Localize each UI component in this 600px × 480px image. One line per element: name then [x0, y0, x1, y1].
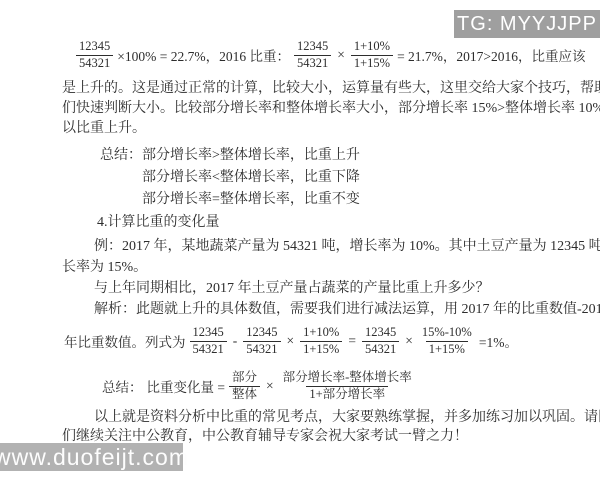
closing-paragraph: 以上就是资料分析中比重的常见考点，大家要熟练掌握，并多加练习加以巩固。请同学 们… — [62, 408, 548, 446]
fraction-numerator: 15%-10% — [419, 325, 475, 341]
fraction-numerator: 1+10% — [300, 325, 342, 341]
fraction-numerator: 12345 — [294, 39, 331, 55]
formula-line-2016-ratio: 12345 54321 ×100% = 22.7%，2016 比重： 12345… — [74, 32, 548, 78]
analysis-paragraph: 解析：此题就上升的具体数值，需要我们进行减法运算，用 2017 年的比重数值-2… — [62, 299, 548, 320]
fraction-numerator: 12345 — [362, 325, 399, 341]
equals-operator: = — [348, 333, 356, 349]
fraction-denominator: 54321 — [190, 341, 227, 358]
summary-rule-line: 部分增长率<整体增长率，比重下降 — [100, 167, 548, 189]
fraction: 1+10% 1+15% — [300, 325, 342, 357]
fraction: 12345 54321 — [294, 39, 331, 71]
multiply-operator: × — [266, 378, 274, 394]
formula-text: = 21.7%，2017>2016，比重应该 — [397, 45, 585, 65]
summary-rule-line: 部分增长率=整体增长率，比重不变 — [100, 189, 548, 211]
paragraph-line: 与上年同期相比，2017 年土豆产量占蔬菜的产量比重上升多少？ — [62, 278, 548, 299]
section-heading: 4.计算比重的变化量 — [97, 213, 548, 233]
fraction: 12345 54321 — [362, 325, 399, 357]
summary-rule-line: 总结：部分增长率>整体增长率，比重上升 — [100, 145, 548, 167]
formula-text: 年比重数值。列式为 — [64, 331, 186, 351]
paragraph-line: 长率为 15%。 — [62, 257, 548, 278]
telegram-watermark: TG: MYYJJPP — [454, 10, 600, 38]
fraction: 1+10% 1+15% — [351, 39, 393, 71]
multiply-operator: × — [337, 47, 345, 63]
summary-label: 总结： — [100, 148, 142, 163]
summary-label: 总结： — [102, 376, 143, 396]
site-watermark: www.duofeijt.com — [0, 443, 183, 471]
fraction-numerator: 部分 — [229, 370, 260, 386]
paragraph-line: 们快速判断大小。比较部分增长率和整体增长率大小，部分增长率 15%>整体增长率 … — [62, 99, 548, 119]
minus-operator: - — [233, 333, 238, 349]
fraction-denominator: 54321 — [76, 55, 113, 72]
fraction: 15%-10% 1+15% — [419, 325, 475, 357]
fraction: 部分 整体 — [229, 370, 260, 402]
formula-text: ×100% = 22.7%，2016 比重： — [117, 45, 290, 65]
fraction-denominator: 1+15% — [300, 341, 342, 358]
paragraph-line: 以比重上升。 — [62, 119, 548, 139]
document-content: 12345 54321 ×100% = 22.7%，2016 比重： 12345… — [0, 0, 600, 446]
summary-formula: 总结： 比重变化量 = 部分 整体 × 部分增长率-整体增长率 1+部分增长率 — [100, 364, 548, 408]
fraction: 部分增长率-整体增长率 1+部分增长率 — [280, 370, 415, 402]
fraction: 12345 54321 — [190, 325, 227, 357]
multiply-operator: × — [405, 333, 413, 349]
formula-text: 比重变化量 = — [147, 376, 226, 396]
formula-line-calculation: 年比重数值。列式为 12345 54321 - 12345 54321 × 1+… — [62, 320, 548, 362]
paragraph-line: 例：2017 年，某地蔬菜产量为 54321 吨，增长率为 10%。其中土豆产量… — [62, 236, 548, 257]
fraction-denominator: 54321 — [243, 341, 280, 358]
summary-rules-block: 总结：部分增长率>整体增长率，比重上升 部分增长率<整体增长率，比重下降 部分增… — [100, 145, 548, 211]
fraction-numerator: 12345 — [76, 39, 113, 55]
fraction-numerator: 1+10% — [351, 39, 393, 55]
paragraph-line: 解析：此题就上升的具体数值，需要我们进行减法运算，用 2017 年的比重数值-2… — [62, 299, 548, 320]
example-paragraph: 例：2017 年，某地蔬菜产量为 54321 吨，增长率为 10%。其中土豆产量… — [62, 236, 548, 278]
paragraph-line: 以上就是资料分析中比重的常见考点，大家要熟练掌握，并多加练习加以巩固。请同学 — [62, 408, 548, 427]
fraction-denominator: 1+15% — [351, 55, 393, 72]
formula-result: =1%。 — [479, 331, 518, 351]
fraction-denominator: 54321 — [362, 341, 399, 358]
fraction-denominator: 1+部分增长率 — [306, 386, 388, 403]
fraction: 12345 54321 — [243, 325, 280, 357]
site-watermark-text: www.duofeijt.com — [0, 444, 189, 471]
fraction-denominator: 整体 — [229, 386, 260, 403]
fraction: 12345 54321 — [76, 39, 113, 71]
fraction-numerator: 12345 — [190, 325, 227, 341]
fraction-denominator: 1+15% — [426, 341, 468, 358]
fraction-numerator: 部分增长率-整体增长率 — [280, 370, 415, 386]
fraction-denominator: 54321 — [294, 55, 331, 72]
document-page: { "page": { "background": "#ffffff", "te… — [0, 0, 600, 480]
telegram-watermark-text: TG: MYYJJPP — [457, 13, 597, 36]
fraction-numerator: 12345 — [243, 325, 280, 341]
explanation-paragraph: 是上升的。这是通过正常的计算，比较大小，运算量有些大，这里交给大家个技巧，帮助我… — [62, 79, 548, 139]
question-paragraph: 与上年同期相比，2017 年土豆产量占蔬菜的产量比重上升多少？ — [62, 278, 548, 299]
multiply-operator: × — [287, 333, 295, 349]
paragraph-line: 是上升的。这是通过正常的计算，比较大小，运算量有些大，这里交给大家个技巧，帮助我 — [62, 79, 548, 99]
summary-rule: 部分增长率>整体增长率，比重上升 — [142, 148, 360, 163]
